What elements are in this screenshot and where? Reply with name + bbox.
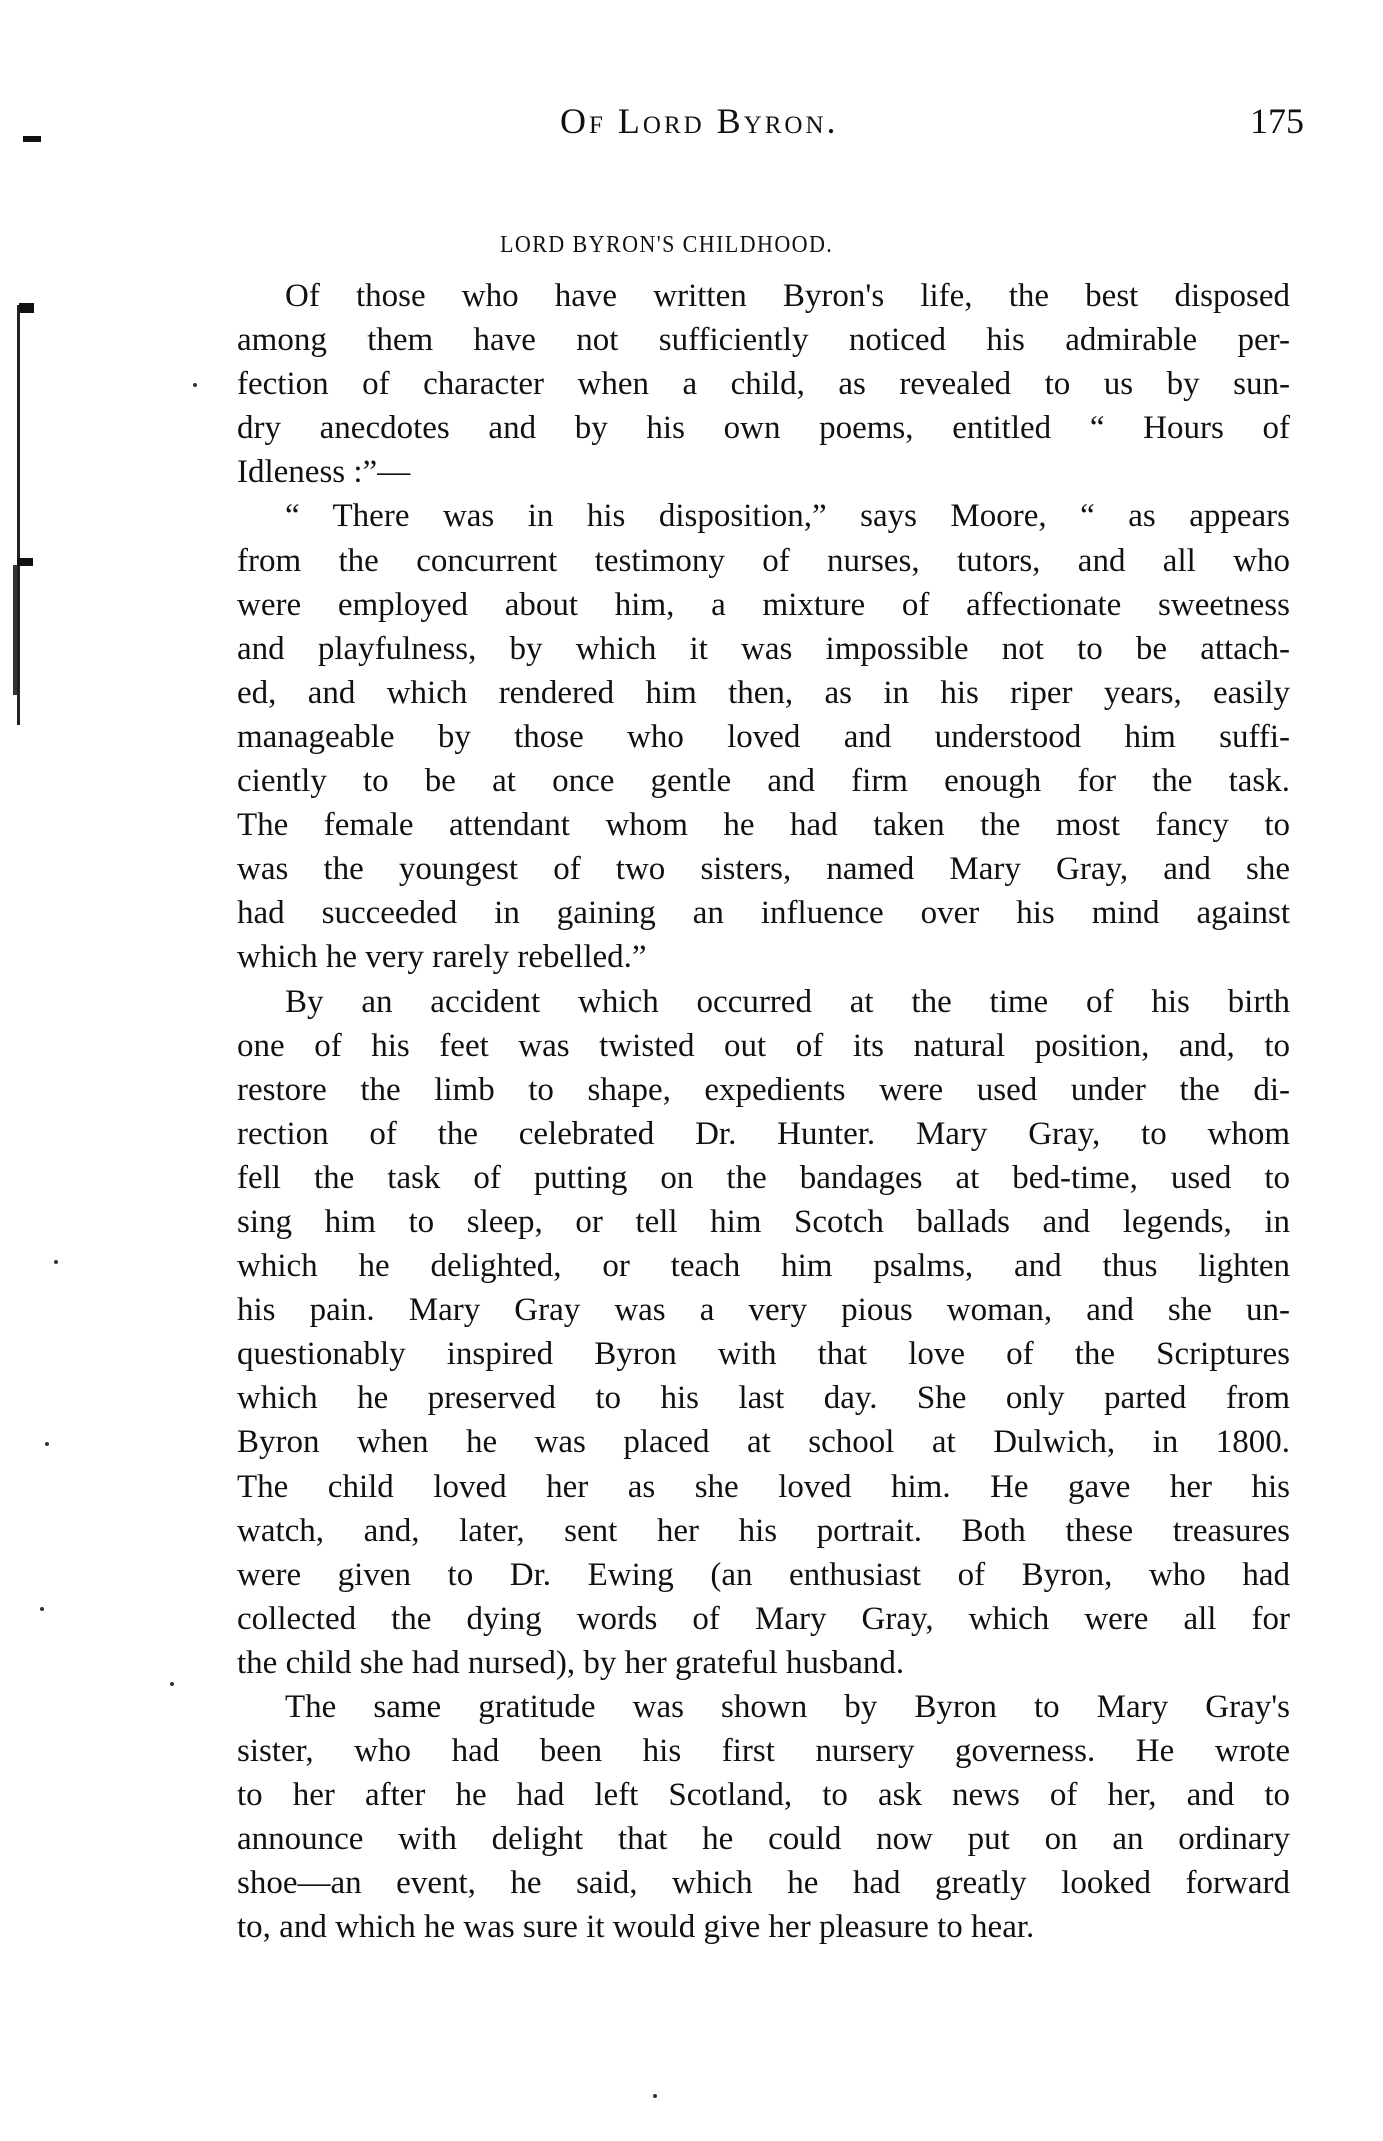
text-line: restore the limb to shape, expedients we…	[237, 1068, 1290, 1112]
text-line: announce with delight that he could now …	[237, 1817, 1290, 1861]
body-text: Of those who have written Byron's life, …	[237, 274, 1290, 1950]
text-line: which he very rarely rebelled.”	[237, 935, 1290, 979]
text-line: sister, who had been his first nursery g…	[237, 1729, 1290, 1773]
text-line: Idleness :”—	[237, 450, 1290, 494]
text-line: which he delighted, or teach him psalms,…	[237, 1244, 1290, 1288]
text-line: By an accident which occurred at the tim…	[237, 980, 1290, 1024]
margin-mark-top	[23, 136, 41, 142]
speck	[193, 383, 197, 387]
speck	[653, 2094, 657, 2098]
text-line: manageable by those who loved and unders…	[237, 715, 1290, 759]
text-line: watch, and, later, sent her his portrait…	[237, 1509, 1290, 1553]
text-line: shoe—an event, he said, which he had gre…	[237, 1861, 1290, 1905]
text-line: and playfulness, by which it was impossi…	[237, 627, 1290, 671]
text-line: Byron when he was placed at school at Du…	[237, 1420, 1290, 1464]
text-line: his pain. Mary Gray was a very pious wom…	[237, 1288, 1290, 1332]
text-line: fell the task of putting on the bandages…	[237, 1156, 1290, 1200]
text-line: among them have not sufficiently noticed…	[237, 318, 1290, 362]
text-line: to, and which he was sure it would give …	[237, 1905, 1290, 1949]
text-line: collected the dying words of Mary Gray, …	[237, 1597, 1290, 1641]
text-line: which he preserved to his last day. She …	[237, 1376, 1290, 1420]
text-line: ed, and which rendered him then, as in h…	[237, 671, 1290, 715]
text-line: was the youngest of two sisters, named M…	[237, 847, 1290, 891]
text-line: rection of the celebrated Dr. Hunter. Ma…	[237, 1112, 1290, 1156]
text-line: Of those who have written Byron's life, …	[237, 274, 1290, 318]
binding-edge-mark	[17, 305, 20, 725]
speck	[45, 1442, 49, 1446]
speck	[170, 1682, 174, 1686]
text-line: one of his feet was twisted out of its n…	[237, 1024, 1290, 1068]
paragraph: Of those who have written Byron's life, …	[237, 274, 1290, 1950]
text-line: from the concurrent testimony of nurses,…	[237, 539, 1290, 583]
margin-tab-upper	[19, 303, 34, 313]
running-title: Of Lord Byron.	[560, 100, 839, 142]
text-line: “ There was in his disposition,” says Mo…	[237, 494, 1290, 538]
text-line: ciently to be at once gentle and firm en…	[237, 759, 1290, 803]
speck	[54, 1260, 58, 1264]
binding-edge-mark-lower	[13, 565, 17, 695]
text-line: The child loved her as she loved him. He…	[237, 1465, 1290, 1509]
margin-tab-lower	[17, 558, 33, 566]
text-line: were given to Dr. Ewing (an enthusiast o…	[237, 1553, 1290, 1597]
text-line: the child she had nursed), by her gratef…	[237, 1641, 1290, 1685]
text-line: sing him to sleep, or tell him Scotch ba…	[237, 1200, 1290, 1244]
text-line: questionably inspired Byron with that lo…	[237, 1332, 1290, 1376]
page-number: 175	[1250, 100, 1304, 142]
text-line: fection of character when a child, as re…	[237, 362, 1290, 406]
text-line: were employed about him, a mixture of af…	[237, 583, 1290, 627]
speck	[40, 1607, 44, 1611]
text-line: had succeeded in gaining an influence ov…	[237, 891, 1290, 935]
text-line: dry anecdotes and by his own poems, enti…	[237, 406, 1290, 450]
section-heading: LORD BYRON'S CHILDHOOD.	[500, 232, 833, 259]
text-line: The same gratitude was shown by Byron to…	[237, 1685, 1290, 1729]
running-head: Of Lord Byron. 175	[0, 100, 1383, 150]
text-line: The female attendant whom he had taken t…	[237, 803, 1290, 847]
text-line: to her after he had left Scotland, to as…	[237, 1773, 1290, 1817]
